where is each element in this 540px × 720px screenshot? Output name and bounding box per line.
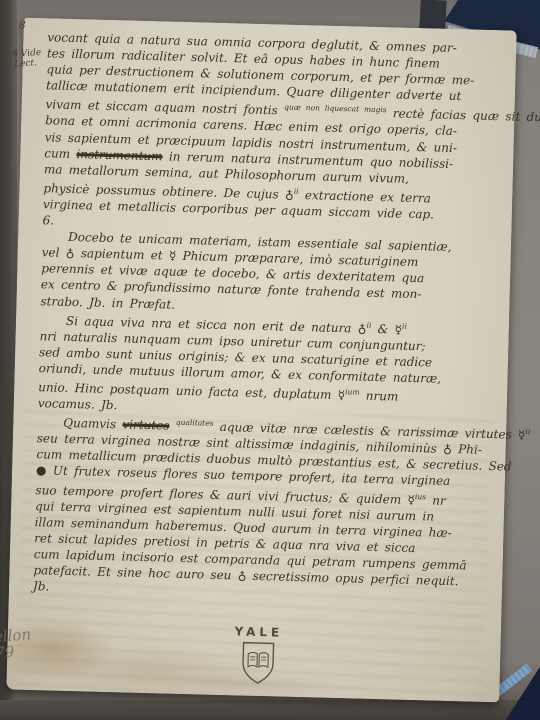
folio-number: 8 bbox=[19, 19, 26, 32]
pencil-annotation-line-2: 79 bbox=[0, 642, 33, 661]
margin-note: § Vide Lect. bbox=[13, 48, 42, 70]
yale-shield-icon bbox=[239, 641, 276, 686]
manuscript-photo: 8 § Vide Lect. vocant quia a natura sua … bbox=[0, 0, 540, 720]
yale-stamp: YALE bbox=[210, 624, 308, 686]
dark-object-top bbox=[419, 0, 447, 31]
pencil-annotation: ellon 79 bbox=[0, 626, 33, 661]
stamp-text: YALE bbox=[211, 624, 307, 641]
margin-note-line-2: Lect. bbox=[14, 58, 42, 70]
manuscript-page: 8 § Vide Lect. vocant quia a natura sua … bbox=[6, 18, 516, 703]
